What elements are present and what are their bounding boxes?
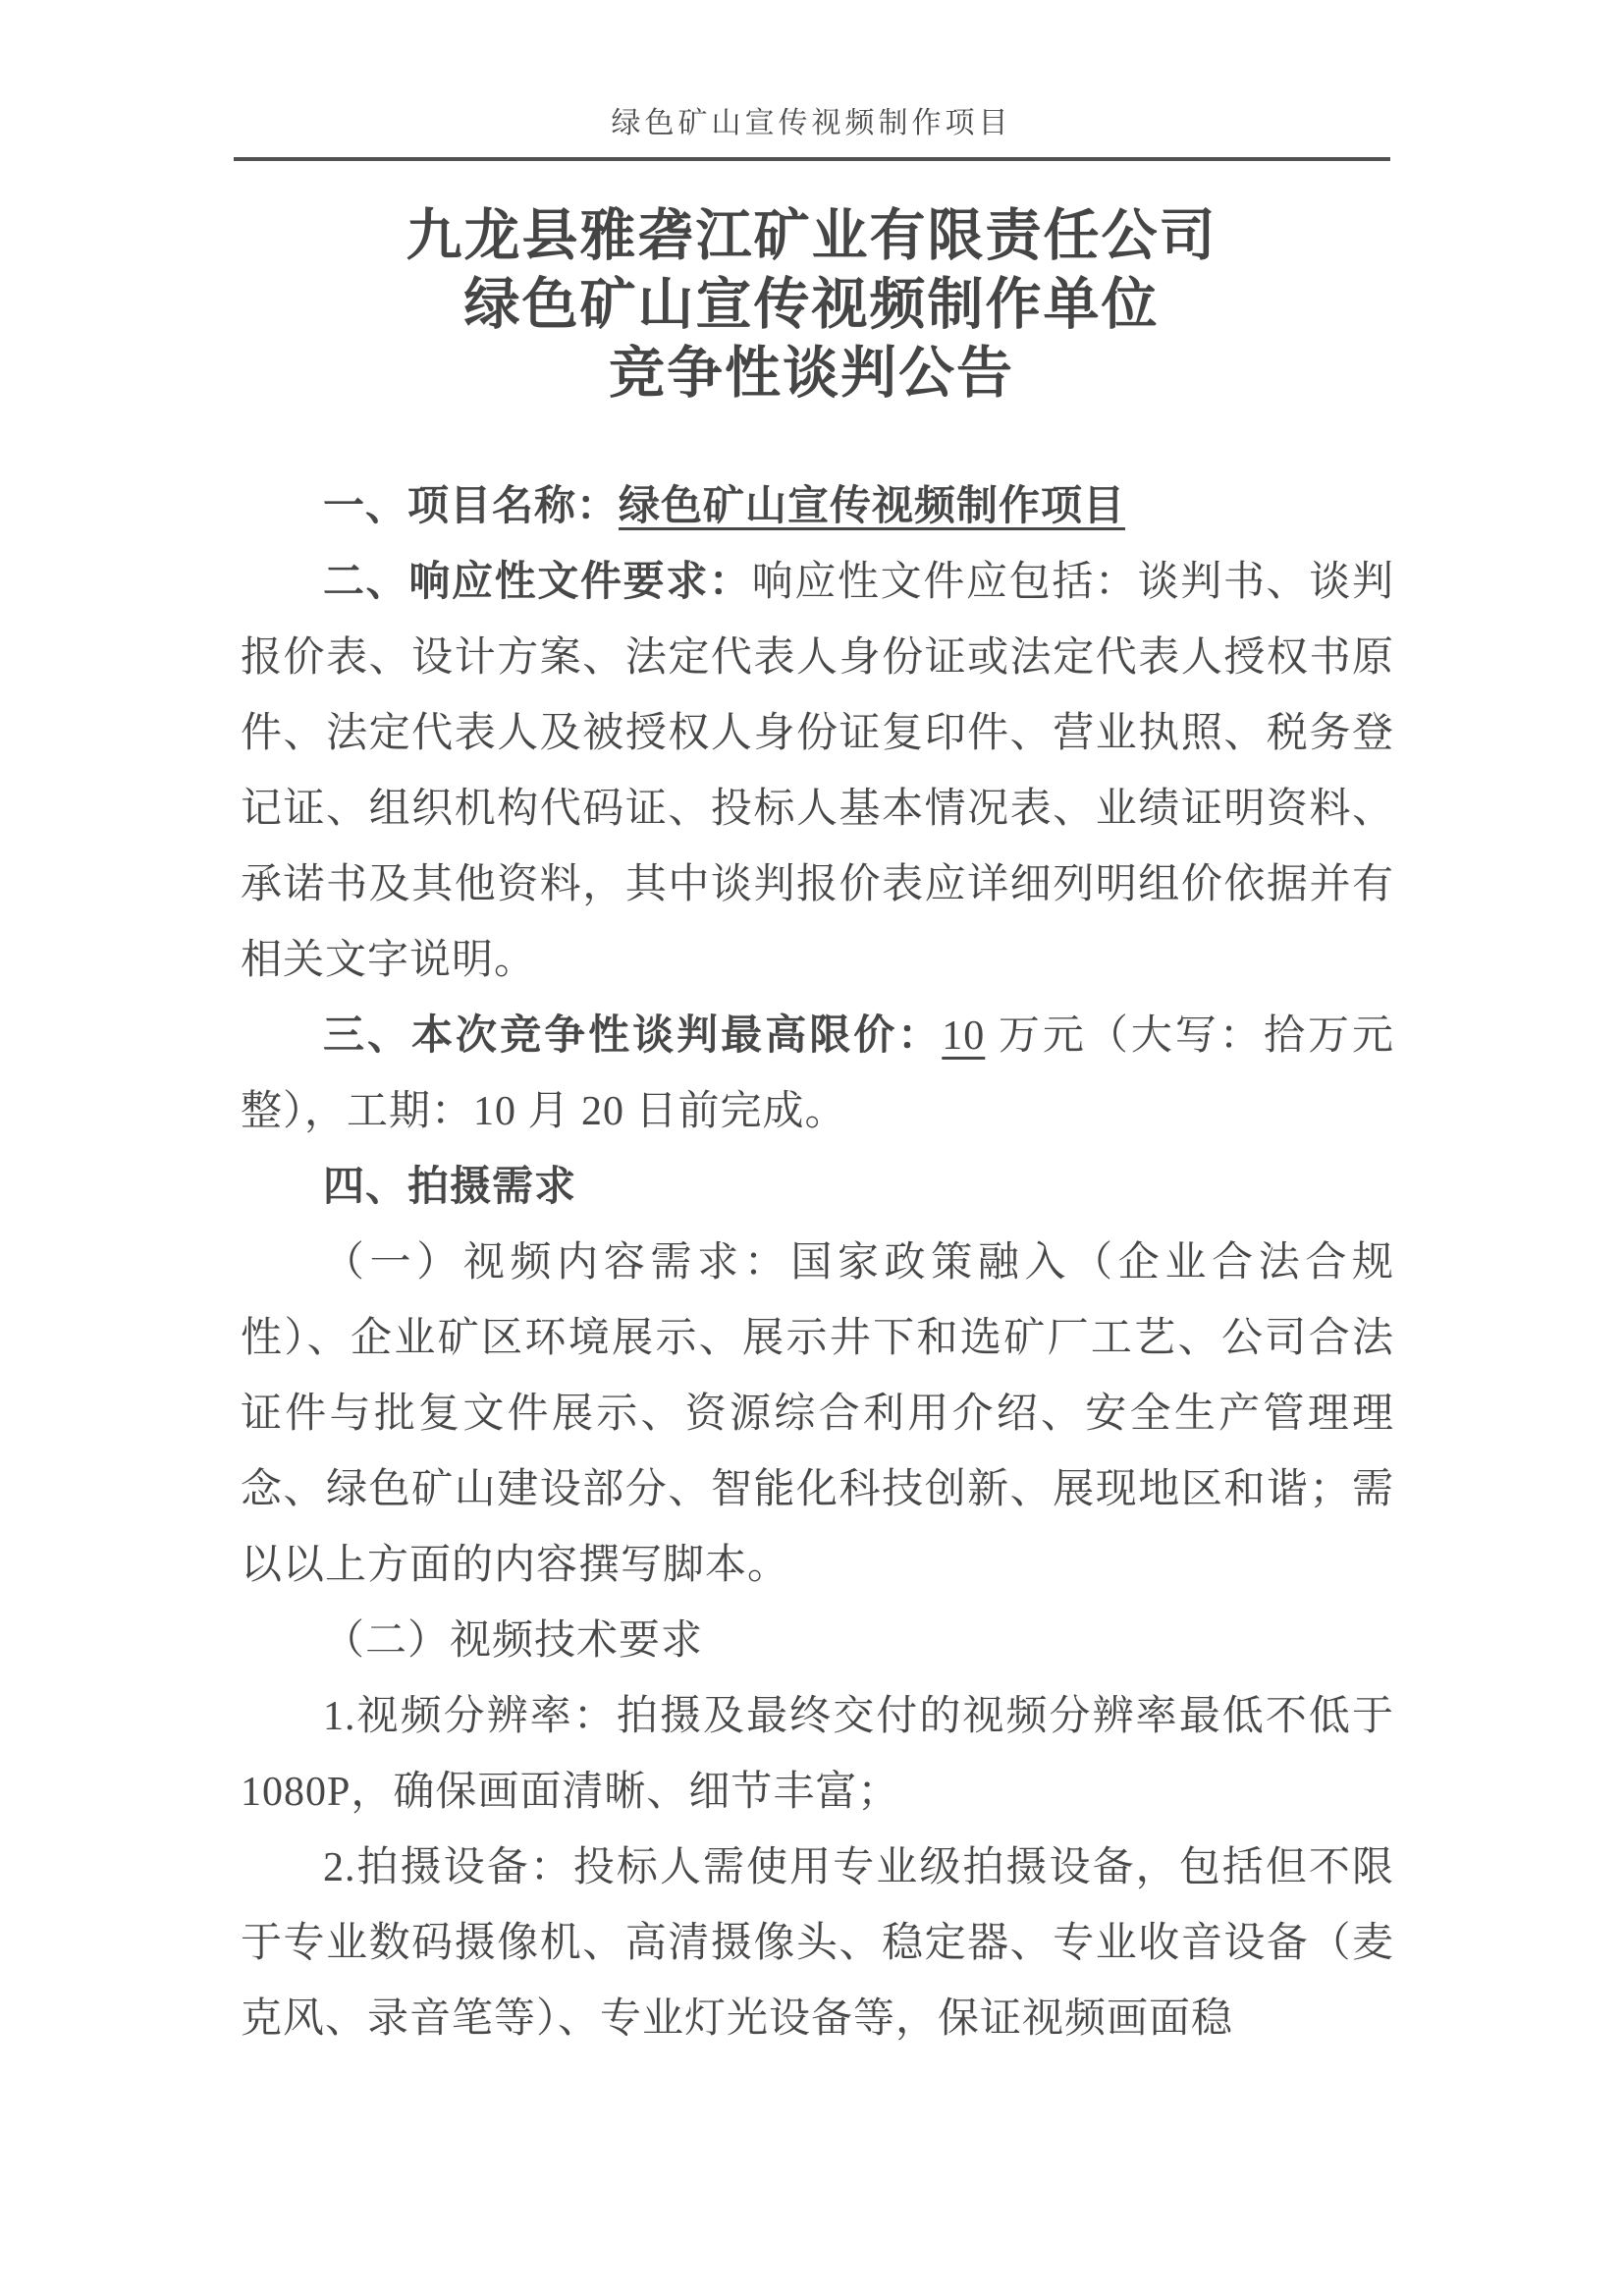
running-title: 绿色矿山宣传视频制作项目 [0, 0, 1623, 141]
para-response-documents: 二、响应性文件要求：响应性文件应包括：谈判书、谈判报价表、设计方案、法定代表人身… [241, 545, 1394, 999]
document-page: 绿色矿山宣传视频制作项目 九龙县雅砻江矿业有限责任公司 绿色矿山宣传视频制作单位… [0, 0, 1623, 2296]
section-6-text: （二）视频技术要求 [323, 1618, 703, 1664]
document-title: 九龙县雅砻江矿业有限责任公司 绿色矿山宣传视频制作单位 竞争性谈判公告 [0, 202, 1623, 409]
section-2-text: 响应性文件应包括：谈判书、谈判报价表、设计方案、法定代表人身份证或法定代表人授权… [241, 560, 1394, 983]
para-video-resolution: 1.视频分辨率：拍摄及最终交付的视频分辨率最低不低于 1080P，确保画面清晰、… [241, 1679, 1394, 1831]
section-1-label: 一、项目名称： [323, 484, 619, 529]
para-video-technical-heading: （二）视频技术要求 [241, 1604, 1394, 1679]
document-body: 一、项目名称：绿色矿山宣传视频制作项目 二、响应性文件要求：响应性文件应包括：谈… [241, 469, 1394, 2057]
para-shooting-equipment: 2.拍摄设备：投标人需使用专业级拍摄设备，包括但不限于专业数码摄像机、高清摄像头… [241, 1831, 1394, 2057]
title-line-announcement: 竞争性谈判公告 [0, 340, 1623, 409]
section-5-text: （一）视频内容需求：国家政策融入（企业合法合规性）、企业矿区环境展示、展示井下和… [241, 1240, 1394, 1588]
section-4-label: 四、拍摄需求 [323, 1165, 576, 1210]
section-3-label: 三、本次竞争性谈判最高限价： [323, 1013, 942, 1059]
para-project-name: 一、项目名称：绿色矿山宣传视频制作项目 [241, 469, 1394, 545]
title-line-project: 绿色矿山宣传视频制作单位 [0, 271, 1623, 340]
section-8-text: 2.拍摄设备：投标人需使用专业级拍摄设备，包括但不限于专业数码摄像机、高清摄像头… [241, 1845, 1394, 2042]
header-rule [234, 157, 1390, 161]
section-2-label: 二、响应性文件要求： [323, 560, 752, 605]
section-7-text: 1.视频分辨率：拍摄及最终交付的视频分辨率最低不低于 1080P，确保画面清晰、… [241, 1694, 1394, 1815]
para-video-content-requirements: （一）视频内容需求：国家政策融入（企业合法合规性）、企业矿区环境展示、展示井下和… [241, 1226, 1394, 1604]
para-shooting-requirements-heading: 四、拍摄需求 [241, 1150, 1394, 1226]
para-max-price: 三、本次竞争性谈判最高限价：10 万元（大写：拾万元整），工期：10 月 20 … [241, 999, 1394, 1150]
section-1-project-name: 绿色矿山宣传视频制作项目 [619, 484, 1125, 529]
title-line-company: 九龙县雅砻江矿业有限责任公司 [0, 202, 1623, 271]
page-header: 绿色矿山宣传视频制作项目 [0, 0, 1623, 161]
section-3-price-value: 10 [942, 1013, 985, 1059]
